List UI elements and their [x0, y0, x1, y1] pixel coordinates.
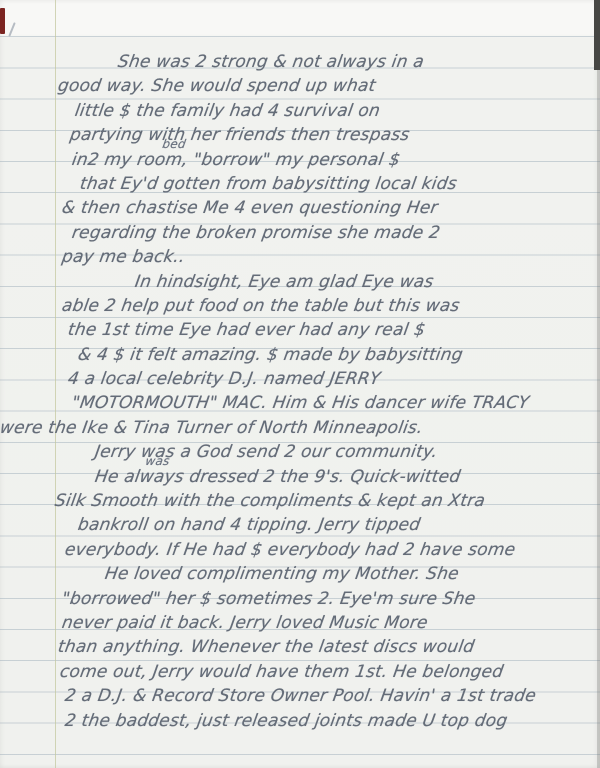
handwritten-line: "borrowed" her $ sometimes 2. Eye'm sure…	[60, 587, 596, 611]
handwritten-line: & then chastise Me 4 even questioning He…	[60, 196, 596, 220]
handwritten-line: little $ the family had 4 survival on	[73, 99, 596, 123]
handwritten-line: regarding the broken promise she made 2	[70, 221, 596, 245]
handwritten-line: were the Ike & Tina Turner of North Minn…	[0, 416, 596, 440]
binder-mark	[0, 8, 5, 34]
handwritten-line: bankroll on hand 4 tipping. Jerry tipped	[76, 513, 596, 537]
handwritten-line: in2 my room, "borrow" my personal $bed	[70, 148, 596, 172]
handwritten-line: He always dressed 2 the 9's. Quick-witte…	[93, 465, 596, 489]
pencil-tick-mark	[8, 22, 15, 37]
handwritten-line: partying with her friends then trespass	[68, 123, 596, 147]
handwritten-line: the 1st time Eye had ever had any real $	[66, 318, 596, 342]
handwritten-line: Silk Smooth with the compliments & kept …	[53, 489, 596, 513]
handwritten-line: & 4 $ it felt amazing. $ made by babysit…	[76, 343, 596, 367]
margin-line	[55, 0, 56, 768]
handwritten-line: able 2 help put food on the table but th…	[60, 294, 596, 318]
scanned-handwritten-page: { "page": { "type": "handwritten journal…	[0, 0, 600, 768]
handwritten-line: than anything. Whenever the latest discs…	[56, 635, 596, 659]
handwritten-line: come out, Jerry would have them 1st. He …	[58, 660, 596, 684]
inserted-word: was	[145, 455, 171, 467]
handwritten-line: "MOTORMOUTH" MAC. Him & His dancer wife …	[70, 391, 596, 415]
handwritten-line: good way. She would spend up what	[56, 74, 596, 98]
handwritten-line: 2 the baddest, just released joints made…	[63, 709, 596, 733]
handwritten-line: never paid it back. Jerry loved Music Mo…	[60, 611, 596, 635]
paper-sheet: She was 2 strong & not always in agood w…	[0, 0, 600, 768]
handwritten-line: everybody. If He had $ everybody had 2 h…	[63, 538, 596, 562]
handwritten-line: 4 a local celebrity D.J. named JERRY	[66, 367, 596, 391]
handwritten-line: 2 a D.J. & Record Store Owner Pool. Havi…	[63, 684, 596, 708]
inserted-word: bed	[162, 138, 187, 150]
handwritten-line: He loved complimenting my Mother. She	[103, 562, 596, 586]
handwritten-line: that Ey'd gotten from babysitting local …	[78, 172, 596, 196]
page-edge-strip	[594, 0, 600, 70]
handwriting-block: She was 2 strong & not always in agood w…	[58, 50, 594, 733]
handwritten-line: In hindsight, Eye am glad Eye was	[133, 270, 596, 294]
handwritten-line: She was 2 strong & not always in a	[116, 50, 596, 74]
handwritten-line: pay me back..	[60, 245, 596, 269]
